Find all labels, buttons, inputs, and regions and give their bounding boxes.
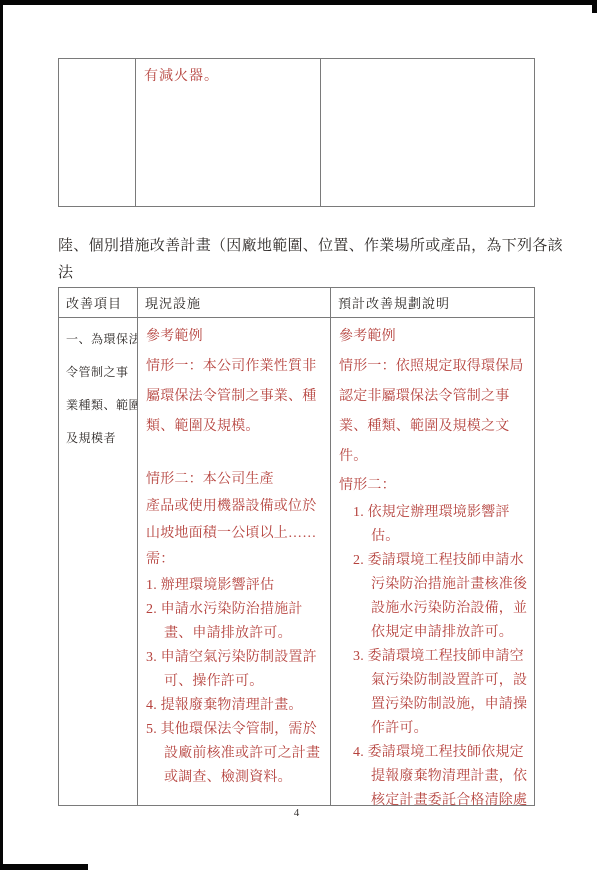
- planned-measures-list: 1. 依規定辦理環境影響評估。2. 委請環境工程技師申請水污染防治措施計畫核准後…: [353, 501, 529, 805]
- table-body-row: 一、為環保法令管制之事業種類、範圍及規模者 參考範例 情形一：本公司作業性質非屬…: [59, 318, 534, 805]
- top-table-cell-item: [59, 59, 136, 206]
- list-item: 3. 委請環境工程技師申請空氣污染防制設置許可，設置污染防制設施，申請操作許可。: [353, 645, 529, 741]
- list-item: 2. 申請水污染防治措施計畫、申請排放許可。: [146, 598, 325, 646]
- cell-planned-improvement: 參考範例 情形一：依照規定取得環保局認定非屬環保法令管制之事業、種類、範圍及規模…: [331, 318, 534, 805]
- item-line: 一、為環保法: [66, 323, 135, 356]
- header-improvement-item: 改善項目: [59, 288, 138, 317]
- item-line: 業種類、範圍: [66, 389, 135, 422]
- scan-edge-top-right: [592, 0, 597, 13]
- scanned-document-page: { "colors": { "red_ink": "#b5413c", "bla…: [0, 0, 597, 870]
- reference-example-label: 參考範例: [339, 322, 529, 352]
- header-current-facilities: 現況設施: [138, 288, 331, 317]
- header-planned-improvement: 預計改善規劃說明: [331, 288, 534, 317]
- list-item: 5. 其他環保法令管制，需於設廠前核准或許可之計畫或調查、檢測資料。: [146, 718, 325, 790]
- case1-text: 情形一：依照規定取得環保局認定非屬環保法令管制之事業、種類、範圍及規模之文件。: [339, 352, 529, 472]
- item-line: 令管制之事: [66, 356, 135, 389]
- case1-text: 情形一：本公司作業性質非屬環保法令管制之事業、種類、範圍及規模。: [146, 352, 325, 442]
- list-item: 2. 委請環境工程技師申請水污染防治措施計畫核准後設施水污染防治設備，並依規定申…: [353, 549, 529, 645]
- need-label: 需：: [146, 547, 325, 573]
- improvement-plan-table: 改善項目 現況設施 預計改善規劃說明 一、為環保法令管制之事業種類、範圍及規模者…: [58, 287, 535, 806]
- list-item: 4. 委請環境工程技師依規定提報廢棄物清理計畫，依核定計畫委託合格清除處理公司清…: [353, 741, 529, 805]
- list-item: 1. 辦理環境影響評估: [146, 574, 325, 598]
- cell-improvement-item: 一、為環保法令管制之事業種類、範圍及規模者: [59, 318, 138, 805]
- scan-edge-top: [0, 0, 597, 5]
- page-number: 4: [58, 807, 535, 819]
- table-header-row: 改善項目 現況設施 預計改善規劃說明: [59, 288, 534, 318]
- top-table: 有減火器。: [58, 58, 535, 207]
- item-line: 及規模者: [66, 422, 135, 455]
- list-item: 4. 提報廢棄物清理計畫。: [146, 694, 325, 718]
- scan-edge-bottom-left: [0, 864, 88, 870]
- top-table-cell-current: 有減火器。: [136, 59, 321, 206]
- top-table-cell-planned: [321, 59, 534, 206]
- reference-example-label: 參考範例: [146, 322, 325, 352]
- cell-current-facilities: 參考範例 情形一：本公司作業性質非屬環保法令管制之事業、種類、範圍及規模。 情形…: [138, 318, 331, 805]
- scan-edge-left: [0, 0, 3, 870]
- list-item: 1. 依規定辦理環境影響評估。: [353, 501, 529, 549]
- list-item: 3. 申請空氣污染防制設置許可、操作許可。: [146, 646, 325, 694]
- current-measures-list: 1. 辦理環境影響評估2. 申請水污染防治措施計畫、申請排放許可。3. 申請空氣…: [146, 574, 325, 790]
- section-heading-line1: 陸、個別措施改善計畫（因廠地範圍、位置、作業場所或產品，為下列各該法: [58, 233, 570, 287]
- case2-intro: 情形二：: [339, 472, 529, 500]
- case2-intro: 情形二：本公司生產 產品或使用機器設備或位於山坡地面積一公頃以上……: [146, 466, 325, 547]
